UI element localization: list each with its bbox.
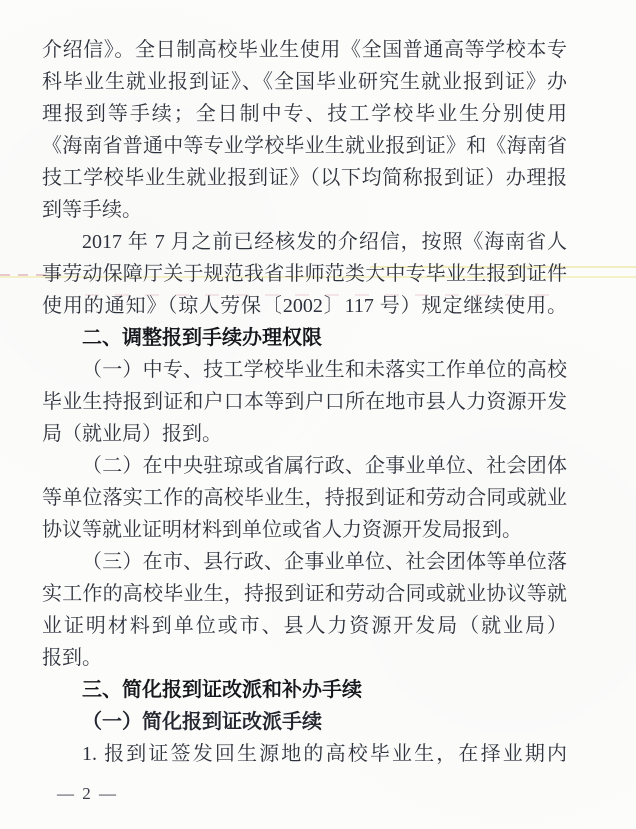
text-line: 介绍信》。全日制高校毕业生使用《全国普通高等学校本专 [42,34,567,66]
document-body: 介绍信》。全日制高校毕业生使用《全国普通高等学校本专科毕业生就业报到证》、《全国… [42,34,567,770]
text-line: 到等手续。 [42,194,567,226]
text-line: 协议等就业证明材料到单位或省人力资源开发局报到。 [42,514,567,546]
text-line: 事劳动保障厅关于规范我省非师范类大中专毕业生报到证件 [42,258,567,290]
section-heading: 二、调整报到手续办理权限 [42,322,567,354]
text-line: （二）在中央驻琼或省属行政、企事业单位、社会团体 [42,450,567,482]
text-line: 《海南省普通中等专业学校毕业生就业报到证》和《海南省 [42,130,567,162]
text-line: 毕业生持报到证和户口本等到户口所在地市县人力资源开发 [42,386,567,418]
section-heading: 三、简化报到证改派和补办手续 [42,674,567,706]
text-line: （一）中专、技工学校毕业生和未落实工作单位的高校 [42,354,567,386]
text-line: 业证明材料到单位或市、县人力资源开发局（就业局） [42,610,567,642]
text-line: 实工作的高校毕业生，持报到证和劳动合同或就业协议等就 [42,578,567,610]
scanned-document-page: 介绍信》。全日制高校毕业生使用《全国普通高等学校本专科毕业生就业报到证》、《全国… [0,0,636,829]
text-line: 技工学校毕业生就业报到证》（以下均简称报到证）办理报 [42,162,567,194]
text-line: 等单位落实工作的高校毕业生，持报到证和劳动合同或就业 [42,482,567,514]
sub-heading: （一）简化报到证改派手续 [42,706,567,738]
text-line: 理报到等手续；全日制中专、技工学校毕业生分别使用 [42,98,567,130]
text-line: 2017 年 7 月之前已经核发的介绍信，按照《海南省人 [42,226,567,258]
text-line: 局（就业局）报到。 [42,418,567,450]
text-line: 报到。 [42,642,567,674]
text-line: 1. 报到证签发回生源地的高校毕业生，在择业期内 [42,738,567,770]
text-line: 使用的通知》（琼人劳保〔2002〕117 号）规定继续使用。 [42,290,567,322]
text-line: 科毕业生就业报到证》、《全国毕业研究生就业报到证》办 [42,66,567,98]
text-line: （三）在市、县行政、企事业单位、社会团体等单位落 [42,546,567,578]
page-number: — 2 — [57,784,118,804]
